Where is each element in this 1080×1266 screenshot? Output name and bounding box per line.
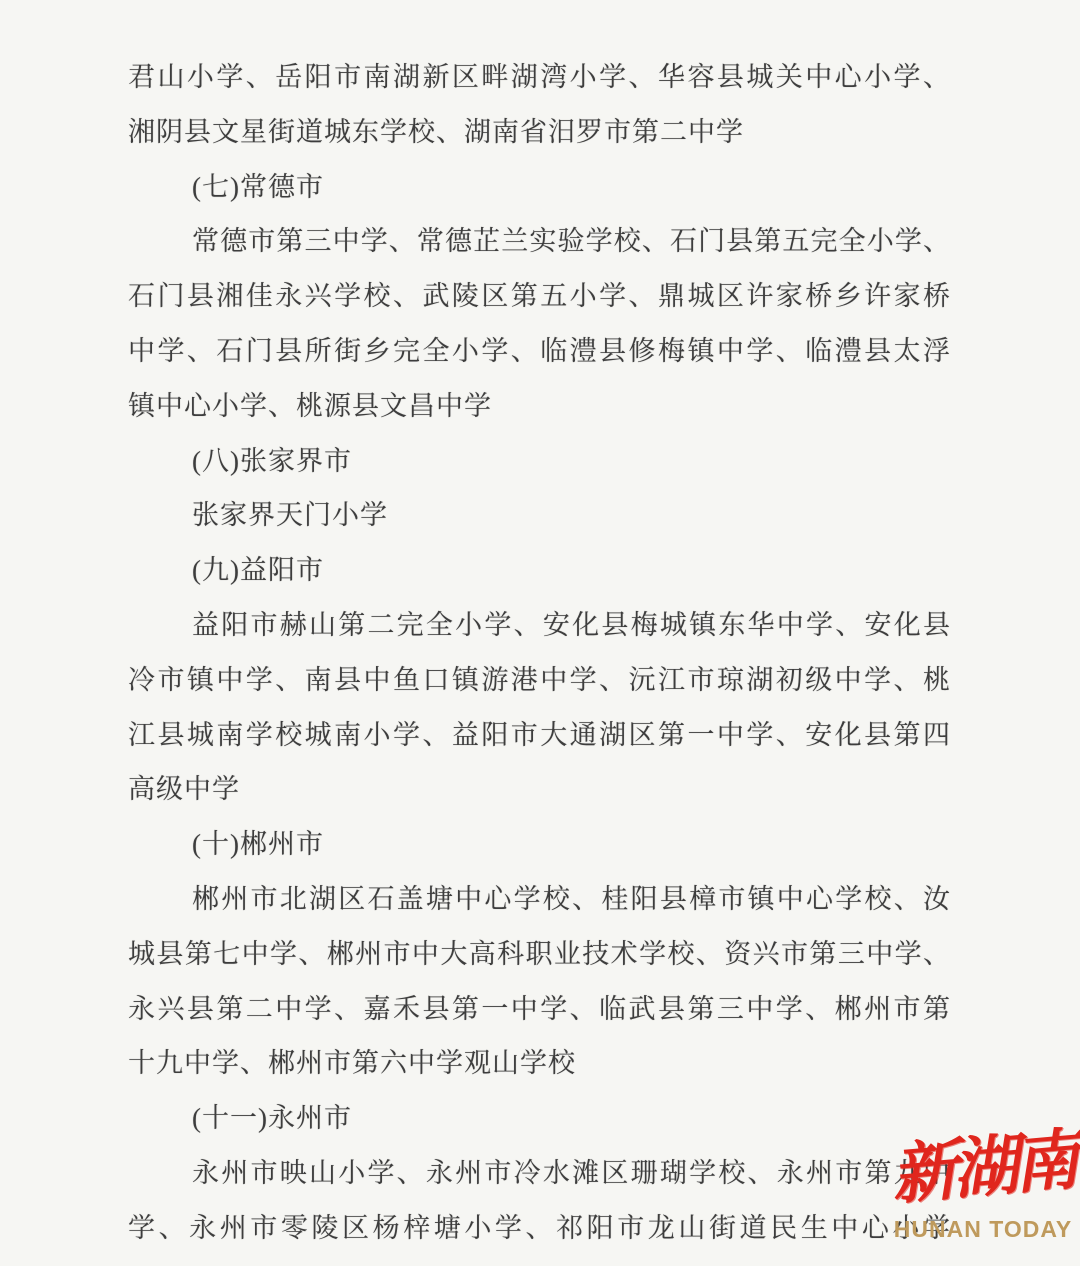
text-line: 君山小学、岳阳市南湖新区畔湖湾小学、华容县城关中心小学、 [128,50,950,105]
text-line: 石门县湘佳永兴学校、武陵区第五小学、鼎城区许家桥乡许家桥 [128,269,950,324]
text-line: 学、永州市零陵区杨梓塘小学、祁阳市龙山街道民生中心小学 [128,1201,950,1256]
section-heading: (十一)永州市 [128,1091,950,1146]
document-page: 君山小学、岳阳市南湖新区畔湖湾小学、华容县城关中心小学、湘阴县文星街道城东学校、… [0,0,1080,1266]
text-line: 十九中学、郴州市第六中学观山学校 [128,1036,950,1091]
text-line: 冷市镇中学、南县中鱼口镇游港中学、沅江市琼湖初级中学、桃 [128,653,950,708]
section-heading: (十)郴州市 [128,817,950,872]
text-line: 高级中学 [128,762,950,817]
text-line: 益阳市赫山第二完全小学、安化县梅城镇东华中学、安化县 [128,598,950,653]
text-line: 江县城南学校城南小学、益阳市大通湖区第一中学、安化县第四 [128,708,950,763]
text-line: 永州市映山小学、永州市冷水滩区珊瑚学校、永州市第九中 [128,1146,950,1201]
xinhunan-logo: 新湖南 [883,1118,1080,1220]
text-line: 永兴县第二中学、嘉禾县第一中学、临武县第三中学、郴州市第 [128,982,950,1037]
text-line: 城县第七中学、郴州市中大高科职业技术学校、资兴市第三中学、 [128,927,950,982]
text-line: 镇中心小学、桃源县文昌中学 [128,379,950,434]
hunan-today-watermark: 新湖南 HUNAN TODAY [886,1126,1080,1243]
text-line: 张家界天门小学 [128,488,950,543]
document-body: 君山小学、岳阳市南湖新区畔湖湾小学、华容县城关中心小学、湘阴县文星街道城东学校、… [128,50,950,1256]
section-heading: (八)张家界市 [128,434,950,489]
section-heading: (九)益阳市 [128,543,950,598]
text-line: 湘阴县文星街道城东学校、湖南省汨罗市第二中学 [128,105,950,160]
section-heading: (七)常德市 [128,160,950,215]
text-line: 中学、石门县所街乡完全小学、临澧县修梅镇中学、临澧县太浮 [128,324,950,379]
text-line: 常德市第三中学、常德芷兰实验学校、石门县第五完全小学、 [128,214,950,269]
hunan-today-tagline: HUNAN TODAY [886,1216,1080,1243]
text-line: 郴州市北湖区石盖塘中心学校、桂阳县樟市镇中心学校、汝 [128,872,950,927]
